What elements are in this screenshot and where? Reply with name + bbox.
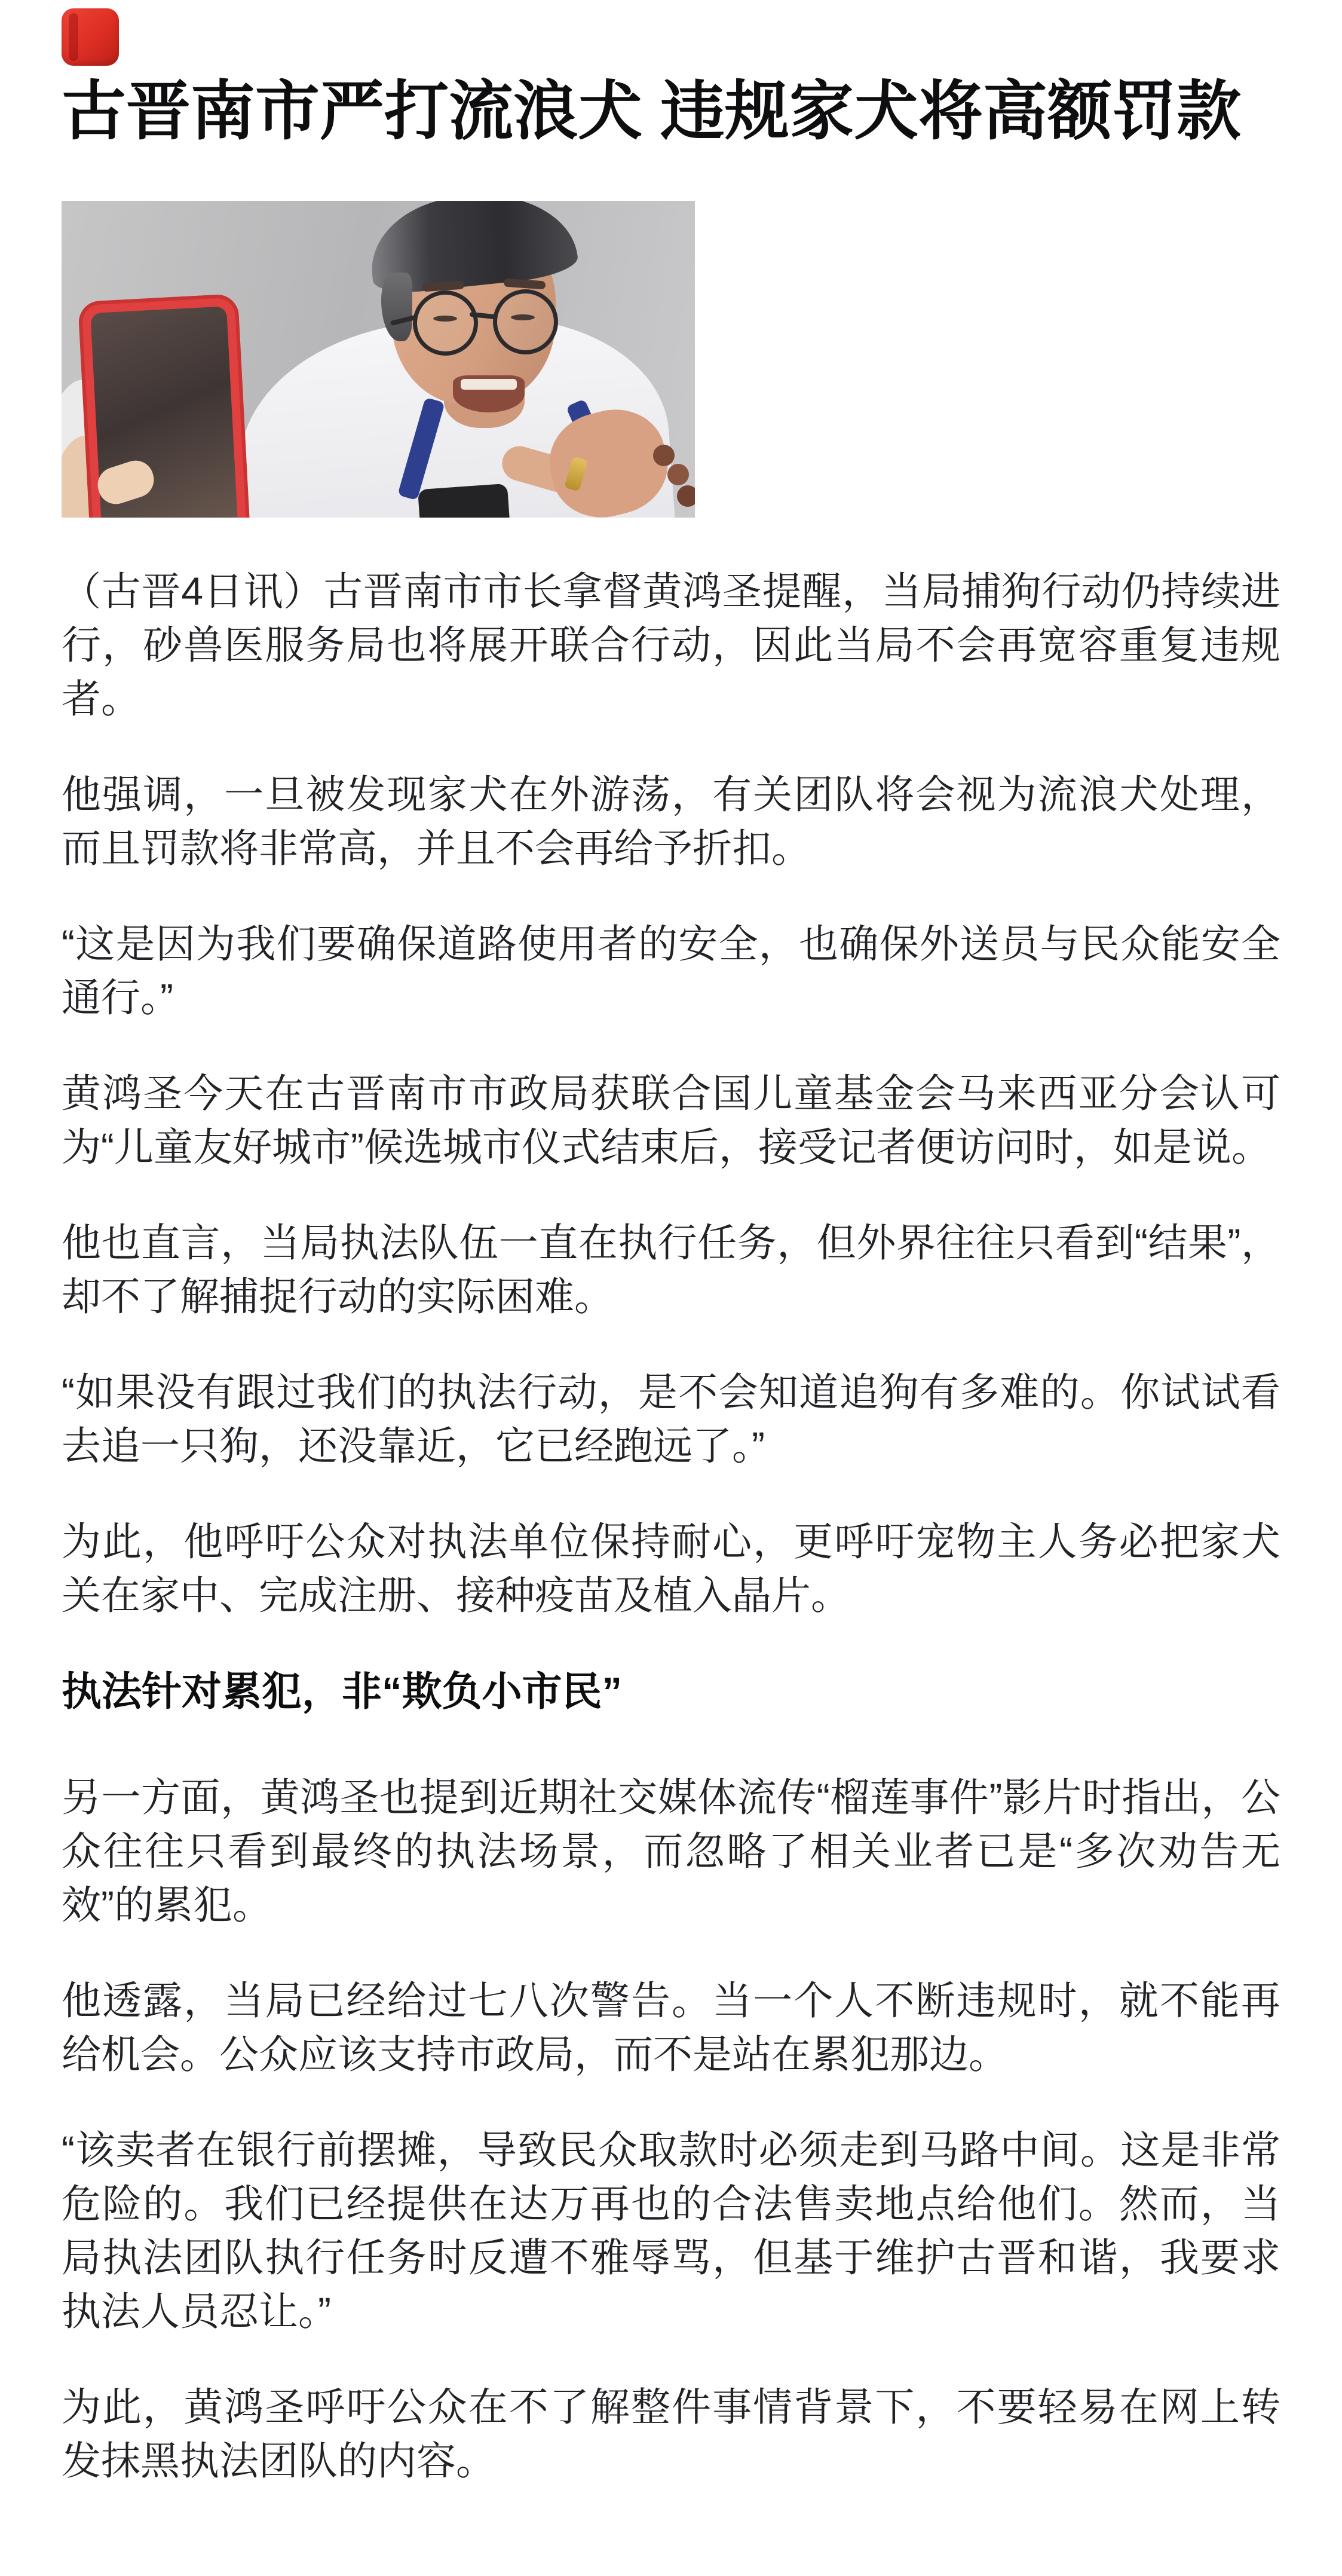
- paragraph: 黄鸿圣今天在古晋南市市政局获联合国儿童基金会马来西亚分会认可为“儿童友好城市”候…: [62, 1066, 1280, 1174]
- red-book-icon: [62, 8, 119, 66]
- article-page: 古晋南市严打流浪犬 违规家犬将高额罚款 （古晋4日讯）古晋南市市长拿督黄鸿圣: [0, 0, 1342, 2523]
- article-photo: [62, 201, 695, 518]
- red-book-icon-spine: [69, 13, 78, 61]
- microphone: [418, 484, 510, 518]
- bracelet-bead: [653, 445, 675, 466]
- bracelet-bead: [667, 464, 689, 485]
- paragraph: 他强调，一旦被发现家犬在外游荡，有关团队将会视为流浪犬处理，而且罚款将非常高，并…: [62, 767, 1280, 875]
- paragraph-quote: “如果没有跟过我们的执法行动，是不会知道追狗有多难的。你试试看去追一只狗，还没靠…: [62, 1365, 1280, 1473]
- paragraph: 另一方面，黄鸿圣也提到近期社交媒体流传“榴莲事件”影片时指出，公众往往只看到最终…: [62, 1770, 1280, 1932]
- paragraph: 他透露，当局已经给过七八次警告。当一个人不断违规时，就不能再给机会。公众应该支持…: [62, 1974, 1280, 2081]
- headline: 古晋南市严打流浪犬 违规家犬将高额罚款: [62, 69, 1280, 153]
- paragraph: 为此，他呼吁公众对执法单位保持耐心，更呼吁宠物主人务必把家犬关在家中、完成注册、…: [62, 1515, 1280, 1622]
- paragraph: 为此，黄鸿圣呼吁公众在不了解整件事情背景下，不要轻易在网上转发抹黑执法团队的内容…: [62, 2380, 1280, 2488]
- paragraph-quote: “该卖者在银行前摆摊，导致民众取款时必须走到马路中间。这是非常危险的。我们已经提…: [62, 2123, 1280, 2338]
- paragraph: 他也直言，当局执法队伍一直在执行任务，但外界往往只看到“结果”，却不了解捕捉行动…: [62, 1216, 1280, 1323]
- paragraph: （古晋4日讯）古晋南市市长拿督黄鸿圣提醒，当局捕狗行动仍持续进行，砂兽医服务局也…: [62, 564, 1280, 726]
- glasses-left-lens: [413, 290, 478, 356]
- paragraph-quote: “这是因为我们要确保道路使用者的安全，也确保外送员与民众能安全通行。”: [62, 917, 1280, 1024]
- man-teeth: [461, 379, 517, 390]
- glasses-right-lens: [493, 289, 558, 354]
- bracelet-bead: [677, 485, 695, 507]
- subheading: 执法针对累犯，非“欺负小市民”: [62, 1665, 1280, 1719]
